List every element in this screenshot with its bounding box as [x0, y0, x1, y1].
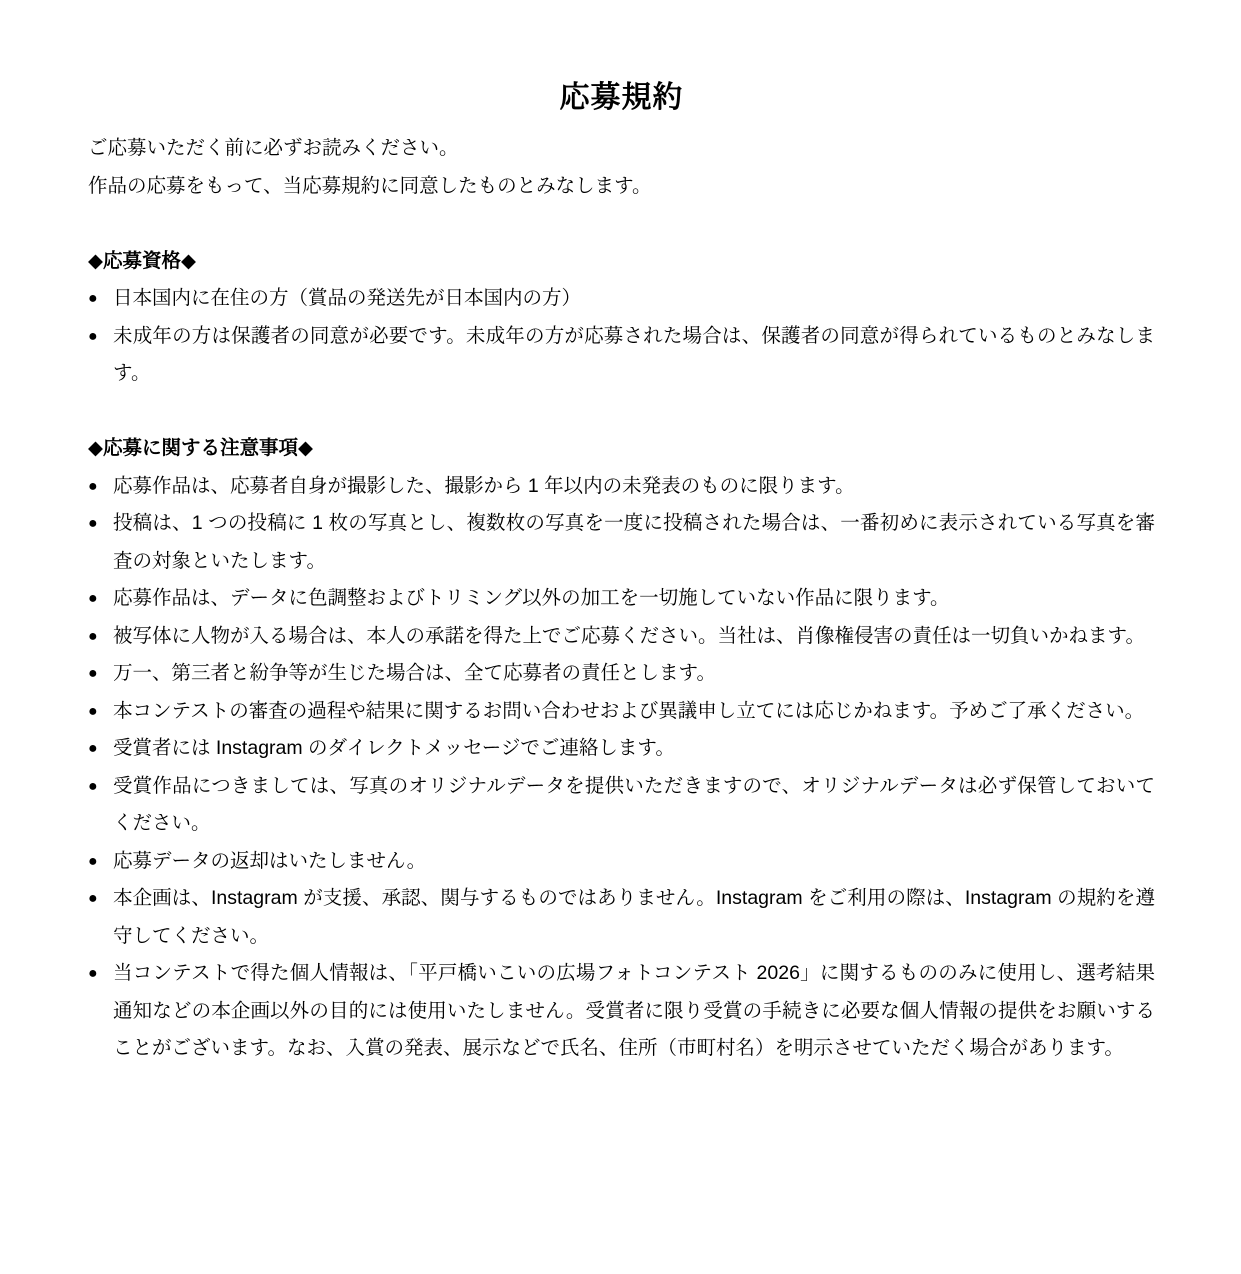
sections: ◆応募資格◆ ● 日本国内に在住の方（賞品の発送先が日本国内の方） ● 未成年の…	[88, 243, 1155, 1068]
bullet-item: ● 受賞者には Instagram のダイレクトメッセージでご連絡します。	[88, 730, 1155, 768]
bullet-item-text: 未成年の方は保護者の同意が必要です。未成年の方が応募された場合は、保護者の同意が…	[113, 325, 1155, 385]
bullet-icon: ●	[88, 280, 98, 318]
section-heading: ◆応募資格◆	[88, 243, 1155, 281]
bullet-list: ● 応募作品は、応募者自身が撮影した、撮影から 1 年以内の未発表のものに限りま…	[88, 468, 1155, 1068]
bullet-icon: ●	[88, 955, 98, 993]
bullet-item: ● 本企画は、Instagram が支援、承認、関与するものではありません。In…	[88, 880, 1155, 955]
bullet-item: ● 被写体に人物が入る場合は、本人の承諾を得た上でご応募ください。当社は、肖像権…	[88, 618, 1155, 656]
bullet-item-text: 当コンテストで得た個人情報は、「平戸橋いこいの広場フォトコンテスト 2026」に…	[113, 962, 1155, 1059]
bullet-item-text: 日本国内に在住の方（賞品の発送先が日本国内の方）	[113, 287, 581, 309]
bullet-icon: ●	[88, 580, 98, 618]
bullet-item: ● 万一、第三者と紛争等が生じた場合は、全て応募者の責任とします。	[88, 655, 1155, 693]
terms-section: ◆応募に関する注意事項◆ ● 応募作品は、応募者自身が撮影した、撮影から 1 年…	[88, 430, 1155, 1068]
bullet-item-text: 受賞者には Instagram のダイレクトメッセージでご連絡します。	[113, 737, 675, 759]
bullet-item: ● 応募作品は、応募者自身が撮影した、撮影から 1 年以内の未発表のものに限りま…	[88, 468, 1155, 506]
bullet-item: ● 受賞作品につきましては、写真のオリジナルデータを提供いただきますので、オリジ…	[88, 768, 1155, 843]
bullet-item: ● 応募作品は、データに色調整およびトリミング以外の加工を一切施していない作品に…	[88, 580, 1155, 618]
terms-document: 応募規約 ご応募いただく前に必ずお読みください。 作品の応募をもって、当応募規約…	[0, 0, 1241, 1274]
bullet-item-text: 万一、第三者と紛争等が生じた場合は、全て応募者の責任とします。	[113, 662, 716, 684]
bullet-item-text: 本企画は、Instagram が支援、承認、関与するものではありません。Inst…	[113, 887, 1155, 947]
bullet-list: ● 日本国内に在住の方（賞品の発送先が日本国内の方） ● 未成年の方は保護者の同…	[88, 280, 1155, 393]
bullet-icon: ●	[88, 618, 98, 656]
bullet-item-text: 受賞作品につきましては、写真のオリジナルデータを提供いただきますので、オリジナル…	[113, 775, 1155, 835]
bullet-icon: ●	[88, 505, 98, 543]
intro-line-2: 作品の応募をもって、当応募規約に同意したものとみなします。	[88, 168, 1155, 206]
bullet-item-text: 応募データの返却はいたしません。	[113, 850, 426, 872]
bullet-icon: ●	[88, 693, 98, 731]
bullet-item: ● 投稿は、1 つの投稿に 1 枚の写真とし、複数枚の写真を一度に投稿された場合…	[88, 505, 1155, 580]
bullet-item: ● 本コンテストの審査の過程や結果に関するお問い合わせおよび異議申し立てには応じ…	[88, 693, 1155, 731]
bullet-item: ● 当コンテストで得た個人情報は、「平戸橋いこいの広場フォトコンテスト 2026…	[88, 955, 1155, 1068]
intro-line-1: ご応募いただく前に必ずお読みください。	[88, 130, 1155, 168]
bullet-item-text: 被写体に人物が入る場合は、本人の承諾を得た上でご応募ください。当社は、肖像権侵害…	[113, 625, 1145, 647]
bullet-icon: ●	[88, 843, 98, 881]
bullet-item: ● 未成年の方は保護者の同意が必要です。未成年の方が応募された場合は、保護者の同…	[88, 318, 1155, 393]
terms-section: ◆応募資格◆ ● 日本国内に在住の方（賞品の発送先が日本国内の方） ● 未成年の…	[88, 243, 1155, 393]
bullet-icon: ●	[88, 730, 98, 768]
bullet-icon: ●	[88, 468, 98, 506]
bullet-icon: ●	[88, 880, 98, 918]
page-title: 応募規約	[88, 76, 1155, 120]
bullet-icon: ●	[88, 655, 98, 693]
bullet-item-text: 応募作品は、データに色調整およびトリミング以外の加工を一切施していない作品に限り…	[113, 587, 950, 609]
bullet-item-text: 本コンテストの審査の過程や結果に関するお問い合わせおよび異議申し立てには応じかね…	[113, 700, 1144, 722]
bullet-item-text: 投稿は、1 つの投稿に 1 枚の写真とし、複数枚の写真を一度に投稿された場合は、…	[113, 512, 1155, 572]
bullet-icon: ●	[88, 318, 98, 356]
bullet-icon: ●	[88, 768, 98, 806]
bullet-item: ● 日本国内に在住の方（賞品の発送先が日本国内の方）	[88, 280, 1155, 318]
bullet-item-text: 応募作品は、応募者自身が撮影した、撮影から 1 年以内の未発表のものに限ります。	[113, 475, 855, 497]
section-heading: ◆応募に関する注意事項◆	[88, 430, 1155, 468]
bullet-item: ● 応募データの返却はいたしません。	[88, 843, 1155, 881]
intro-block: ご応募いただく前に必ずお読みください。 作品の応募をもって、当応募規約に同意した…	[88, 130, 1155, 205]
